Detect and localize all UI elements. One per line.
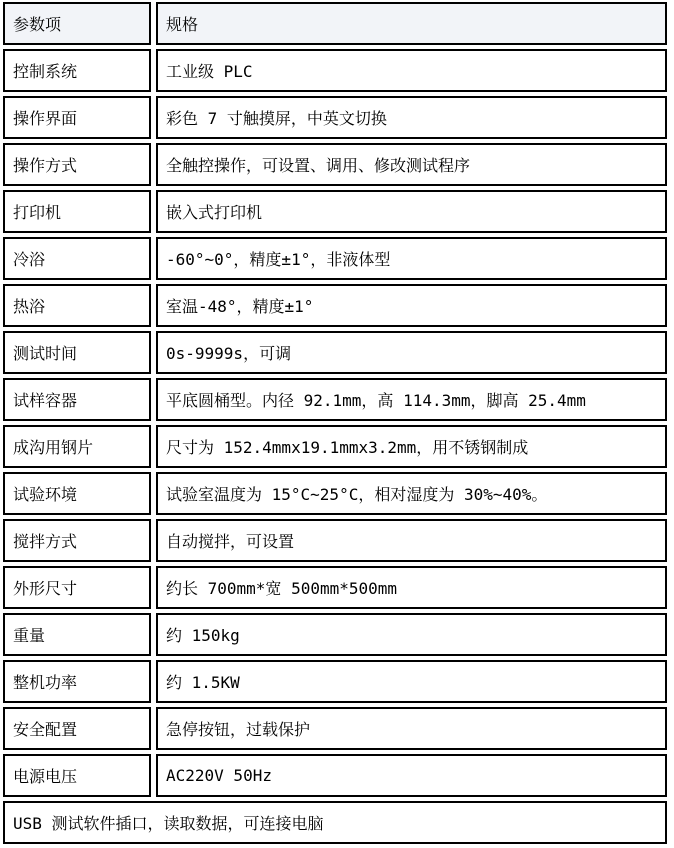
table-row: 搅拌方式 自动搅拌，可设置 xyxy=(3,519,667,562)
table-row: 冷浴 -60°~0°，精度±1°，非液体型 xyxy=(3,237,667,280)
spec-cell: 急停按钮，过载保护 xyxy=(156,707,667,750)
spec-cell: 全触控操作，可设置、调用、修改测试程序 xyxy=(156,143,667,186)
table-row: 试样容器 平底圆桶型。内径 92.1mm，高 114.3mm，脚高 25.4mm xyxy=(3,378,667,421)
document-page: 参数项 规格 控制系统 工业级 PLC 操作界面 彩色 7 寸触摸屏，中英文切换… xyxy=(0,0,674,848)
usb-note-cell: USB 测试软件插口，读取数据，可连接电脑 xyxy=(3,801,667,844)
header-row: 参数项 规格 xyxy=(3,2,667,45)
spec-cell: 嵌入式打印机 xyxy=(156,190,667,233)
spec-cell: 平底圆桶型。内径 92.1mm，高 114.3mm，脚高 25.4mm xyxy=(156,378,667,421)
param-cell: 操作界面 xyxy=(3,96,151,139)
spec-cell: 约 1.5KW xyxy=(156,660,667,703)
table-row: 外形尺寸 约长 700mm*宽 500mm*500mm xyxy=(3,566,667,609)
footer-row: USB 测试软件插口，读取数据，可连接电脑 xyxy=(3,801,667,844)
param-cell: 搅拌方式 xyxy=(3,519,151,562)
param-cell: 打印机 xyxy=(3,190,151,233)
table-row: 打印机 嵌入式打印机 xyxy=(3,190,667,233)
param-cell: 试验环境 xyxy=(3,472,151,515)
param-cell: 试样容器 xyxy=(3,378,151,421)
spec-cell: 试验室温度为 15°C~25°C，相对湿度为 30%~40%。 xyxy=(156,472,667,515)
param-cell: 测试时间 xyxy=(3,331,151,374)
spec-cell: 彩色 7 寸触摸屏，中英文切换 xyxy=(156,96,667,139)
param-cell: 热浴 xyxy=(3,284,151,327)
spec-cell: 约 150kg xyxy=(156,613,667,656)
table-row: 操作方式 全触控操作，可设置、调用、修改测试程序 xyxy=(3,143,667,186)
spec-table: 参数项 规格 控制系统 工业级 PLC 操作界面 彩色 7 寸触摸屏，中英文切换… xyxy=(0,0,672,848)
spec-cell: 自动搅拌，可设置 xyxy=(156,519,667,562)
spec-cell: 尺寸为 152.4mmx19.1mmx3.2mm，用不锈钢制成 xyxy=(156,425,667,468)
param-cell: 冷浴 xyxy=(3,237,151,280)
param-cell: 安全配置 xyxy=(3,707,151,750)
table-row: 热浴 室温-48°，精度±1° xyxy=(3,284,667,327)
column-header-param: 参数项 xyxy=(3,2,151,45)
table-row: 重量 约 150kg xyxy=(3,613,667,656)
table-row: 控制系统 工业级 PLC xyxy=(3,49,667,92)
table-row: 成沟用钢片 尺寸为 152.4mmx19.1mmx3.2mm，用不锈钢制成 xyxy=(3,425,667,468)
spec-cell: 约长 700mm*宽 500mm*500mm xyxy=(156,566,667,609)
table-row: 试验环境 试验室温度为 15°C~25°C，相对湿度为 30%~40%。 xyxy=(3,472,667,515)
table-row: 整机功率 约 1.5KW xyxy=(3,660,667,703)
param-cell: 外形尺寸 xyxy=(3,566,151,609)
spec-cell: -60°~0°，精度±1°，非液体型 xyxy=(156,237,667,280)
param-cell: 重量 xyxy=(3,613,151,656)
spec-cell: AC220V 50Hz xyxy=(156,754,667,797)
param-cell: 成沟用钢片 xyxy=(3,425,151,468)
table-row: 安全配置 急停按钮，过载保护 xyxy=(3,707,667,750)
spec-cell: 0s-9999s，可调 xyxy=(156,331,667,374)
param-cell: 电源电压 xyxy=(3,754,151,797)
spec-cell: 室温-48°，精度±1° xyxy=(156,284,667,327)
table-row: 电源电压 AC220V 50Hz xyxy=(3,754,667,797)
table-row: 测试时间 0s-9999s，可调 xyxy=(3,331,667,374)
column-header-spec: 规格 xyxy=(156,2,667,45)
table-row: 操作界面 彩色 7 寸触摸屏，中英文切换 xyxy=(3,96,667,139)
param-cell: 整机功率 xyxy=(3,660,151,703)
param-cell: 操作方式 xyxy=(3,143,151,186)
param-cell: 控制系统 xyxy=(3,49,151,92)
spec-cell: 工业级 PLC xyxy=(156,49,667,92)
